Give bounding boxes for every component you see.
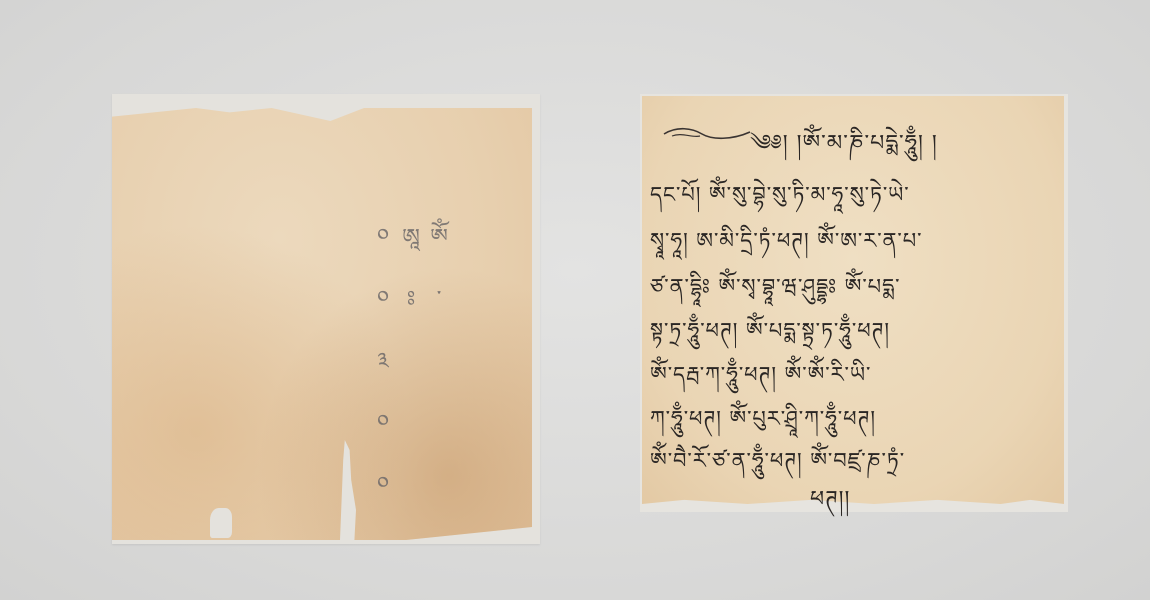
- manuscript-line-9: ཕཊ།།: [810, 474, 850, 536]
- yig-mgo-ornament-icon: [662, 126, 752, 142]
- left-leaf-loss-1: [210, 508, 232, 538]
- left-manuscript-leaf: [112, 108, 532, 540]
- pencil-annotation: ཨོཾ་ཨཱཿ ༠༠༣༠༠: [418, 212, 458, 392]
- manuscript-text: ༄༅། །ཨོཾ་མ་ཎི་པདྨེ་ཧཱུྃ། ། དང་པོ། ཨོཾ་སུ…: [650, 108, 1050, 503]
- manuscript-line-8: ཨོཾ་བཻ་རོ་ཙ་ན་ཧཱུྃ་ཕཊ། ཨོཾ་བཛྲ་ཎ་ཏྲཾ་: [650, 436, 905, 498]
